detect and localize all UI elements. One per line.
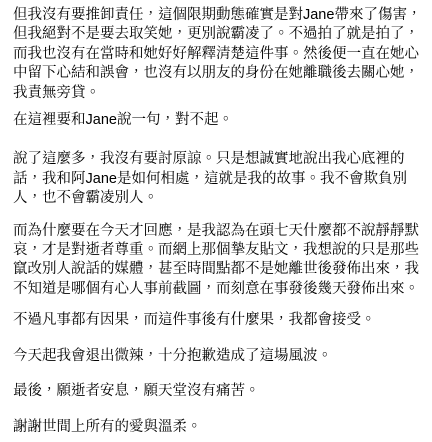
paragraph-rest-in-peace: 最後，願逝者安息，願天堂沒有痛苦。 (13, 382, 424, 401)
paragraph-honesty: 說了這麼多，我沒有要討原諒。只是想誠實地說出我心底裡的 話，我和阿Jane是如何… (13, 150, 424, 208)
text-line: 中留下心結和誤會，也沒有以朋友的身份在她離職後去關心她， (13, 64, 424, 83)
text-line: 話，我和阿Jane是如何相處，這就是我的故事。我不會欺負別 (13, 170, 424, 189)
text-line: 人，也不會霸凌別人。 (13, 189, 424, 208)
text-line: 謝謝世間上所有的愛與溫柔。 (13, 418, 424, 437)
text-line: 但我絕對不是要去取笑她，更別說霸凌了。不過拍了就是拍了， (13, 25, 424, 44)
text-line: 說了這麼多，我沒有要討原諒。只是想誠實地說出我心底裡的 (13, 150, 424, 169)
text-line: 但我沒有要推卸責任，這個限期動態確實是對Jane帶來了傷害， (13, 6, 424, 25)
paragraph-thanks: 謝謝世間上所有的愛與溫柔。 (13, 418, 424, 437)
text-line: 哀，才是對逝者尊重。而網上那個摯友貼文，我想說的只是那些 (13, 241, 424, 260)
text-line: 今天起我會退出微辣，十分抱歉造成了這場風波。 (13, 347, 424, 366)
paragraph-why-respond-today: 而為什麼要在今天才回應，是我認為在頭七天什麼都不說靜靜默 哀，才是對逝者尊重。而… (13, 222, 424, 300)
text-line: 不過凡事都有因果，而這件事後有什麼果，我都會接受。 (13, 311, 424, 330)
paragraph-responsibility: 但我沒有要推卸責任，這個限期動態確實是對Jane帶來了傷害， 但我絕對不是要去取… (13, 6, 424, 103)
text-line: 最後，願逝者安息，願天堂沒有痛苦。 (13, 382, 424, 401)
text-line: 而我也沒有在當時和她好好解釋清楚這件事。然後便一直在她心 (13, 45, 424, 64)
apology-statement-page: 但我沒有要推卸責任，這個限期動態確實是對Jane帶來了傷害， 但我絕對不是要去取… (0, 0, 432, 442)
paragraph-apology-to-jane: 在這裡要和Jane說一句，對不起。 (13, 111, 424, 130)
text-line: 在這裡要和Jane說一句，對不起。 (13, 111, 424, 130)
text-line: 竄改別人說話的媒體，甚至時間點都不是她離世後發佈出來，我 (13, 260, 424, 279)
paragraph-quit-announcement: 今天起我會退出微辣，十分抱歉造成了這場風波。 (13, 347, 424, 366)
text-line: 我責無旁貸。 (13, 84, 424, 103)
paragraph-accept-consequences: 不過凡事都有因果，而這件事後有什麼果，我都會接受。 (13, 311, 424, 330)
text-line: 不知道是哪個有心人事前截圖，而刻意在事發後幾天發佈出來。 (13, 280, 424, 299)
text-line: 而為什麼要在今天才回應，是我認為在頭七天什麼都不說靜靜默 (13, 222, 424, 241)
